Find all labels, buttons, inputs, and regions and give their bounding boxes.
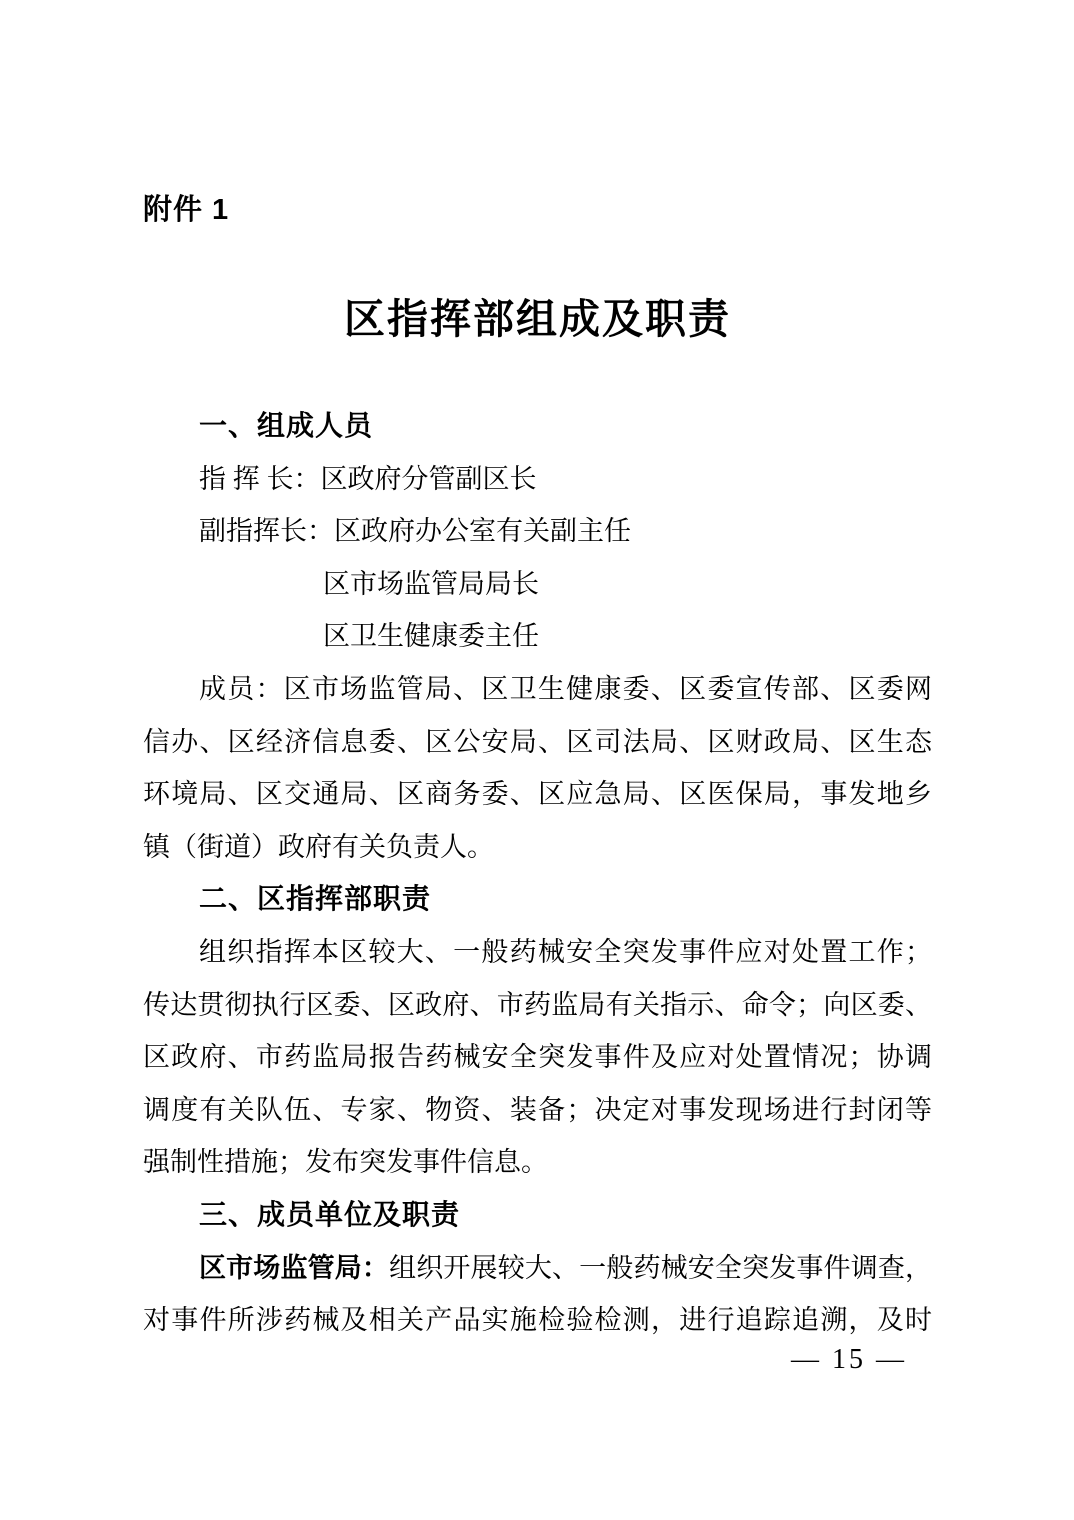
members-paragraph-line: 镇（街道）政府有关负责人。 bbox=[143, 821, 932, 874]
document-title: 区指挥部组成及职责 bbox=[143, 293, 932, 345]
duties-paragraph-line: 调度有关队伍、专家、物资、装备；决定对事发现场进行封闭等 bbox=[143, 1084, 932, 1137]
members-paragraph-line: 环境局、区交通局、区商务委、区应急局、区医保局，事发地乡 bbox=[143, 768, 932, 821]
commander-line: 指 挥 长：区政府分管副区长 bbox=[143, 453, 932, 506]
section3-heading: 三、成员单位及职责 bbox=[143, 1189, 932, 1242]
attachment-label: 附件 1 bbox=[143, 192, 229, 228]
duties-paragraph-line: 强制性措施；发布突发事件信息。 bbox=[143, 1136, 932, 1189]
members-paragraph-line: 成员：区市场监管局、区卫生健康委、区委宣传部、区委网 bbox=[143, 663, 932, 716]
unit-duty-line: 对事件所涉药械及相关产品实施检验检测，进行追踪追溯，及时 bbox=[143, 1294, 932, 1347]
deputy-commander-line: 副指挥长：区政府办公室有关副主任 bbox=[143, 505, 932, 558]
unit-duty-text: 组织开展较大、一般药械安全突发事件调查， bbox=[389, 1253, 932, 1283]
members-paragraph-line: 信办、区经济信息委、区公安局、区司法局、区财政局、区生态 bbox=[143, 716, 932, 769]
section1-heading: 一、组成人员 bbox=[143, 400, 932, 453]
document-body: 一、组成人员 指 挥 长：区政府分管副区长 副指挥长：区政府办公室有关副主任 区… bbox=[143, 400, 932, 1347]
deputy-commander-continuation-1: 区市场监管局局长 bbox=[143, 558, 932, 611]
duties-paragraph-line: 组织指挥本区较大、一般药械安全突发事件应对处置工作； bbox=[143, 926, 932, 979]
unit-duty-line: 区市场监管局：组织开展较大、一般药械安全突发事件调查， bbox=[143, 1242, 932, 1295]
unit-name-bold: 区市场监管局： bbox=[199, 1253, 389, 1283]
section2-heading: 二、区指挥部职责 bbox=[143, 873, 932, 926]
duties-paragraph-line: 区政府、市药监局报告药械安全突发事件及应对处置情况；协调 bbox=[143, 1031, 932, 1084]
document-page: 附件 1 区指挥部组成及职责 一、组成人员 指 挥 长：区政府分管副区长 副指挥… bbox=[0, 0, 1074, 1520]
page-number: — 15 — bbox=[143, 1342, 907, 1378]
deputy-commander-continuation-2: 区卫生健康委主任 bbox=[143, 610, 932, 663]
duties-paragraph-line: 传达贯彻执行区委、区政府、市药监局有关指示、命令；向区委、 bbox=[143, 979, 932, 1032]
